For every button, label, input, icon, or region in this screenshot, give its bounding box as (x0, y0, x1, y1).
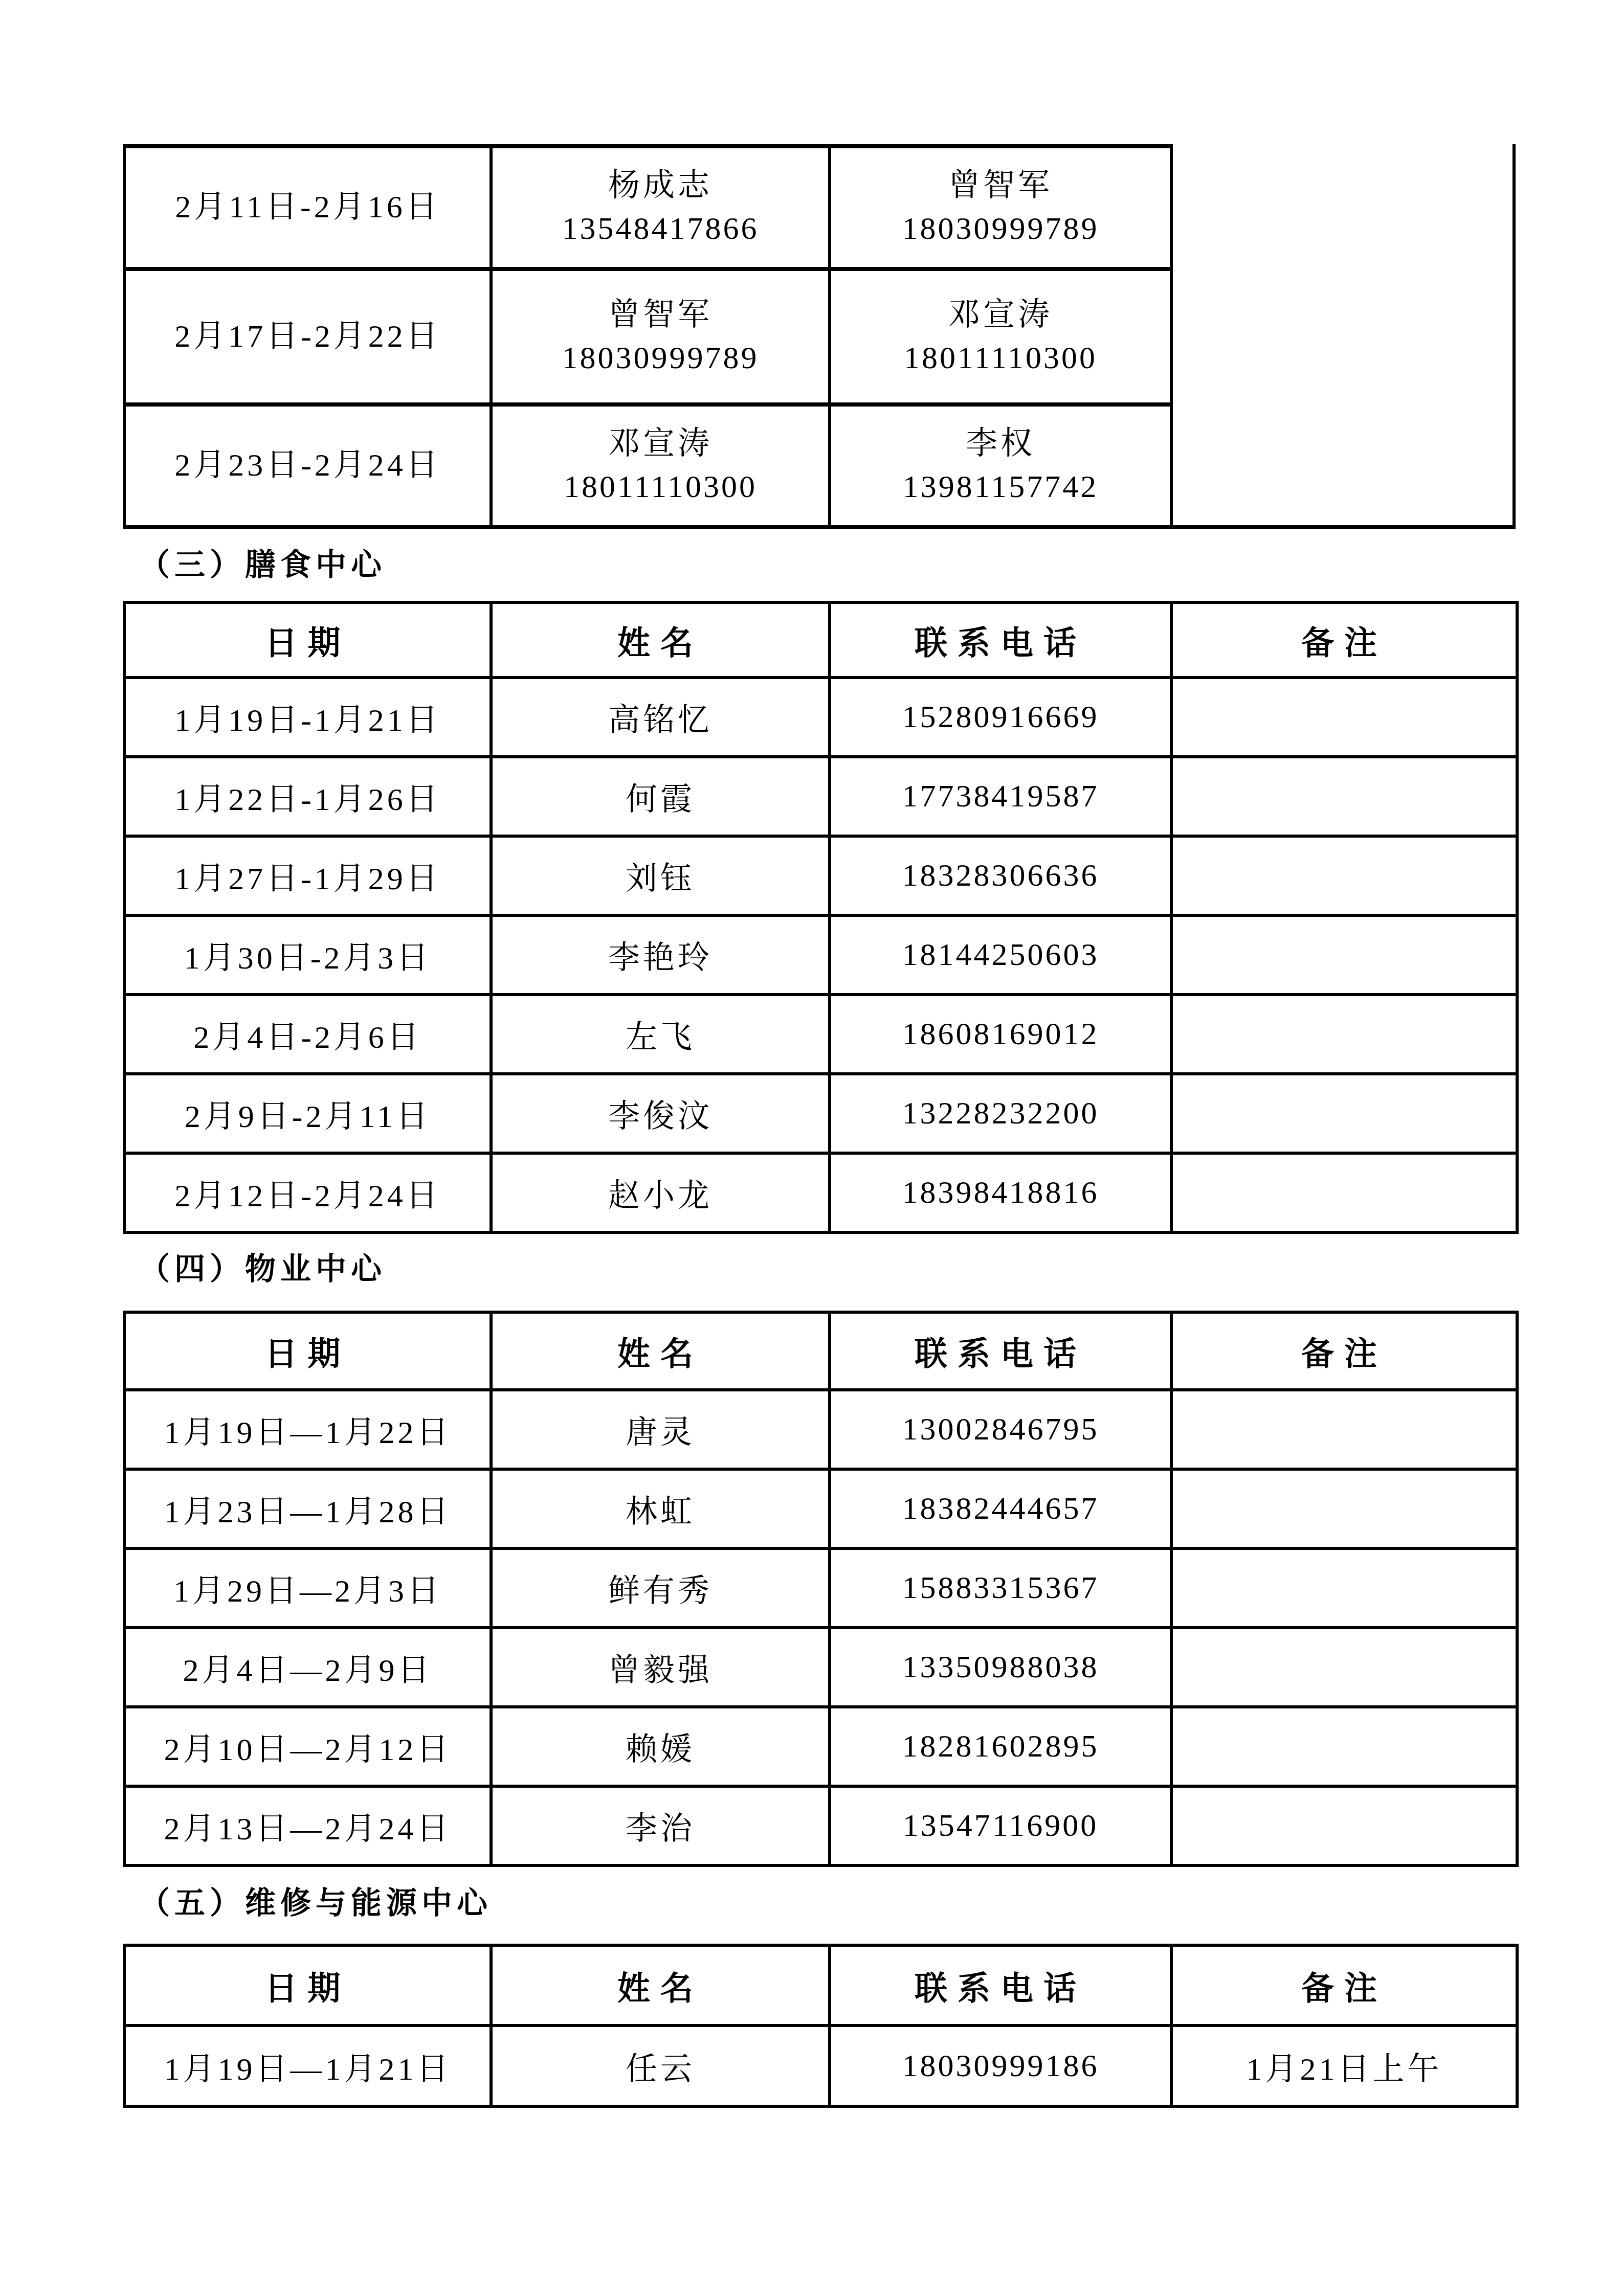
table-row: 2月9日-2月11日 李俊汶 13228232200 (124, 1074, 1517, 1153)
remark-cell (1171, 1786, 1517, 1865)
date-cell: 1月30日-2月3日 (124, 915, 491, 995)
header-row: 日期 姓名 联系电话 备注 (124, 1312, 1517, 1390)
date-cell: 2月10日—2月12日 (124, 1707, 491, 1786)
date-range: 2月23日-2月24日 (174, 444, 441, 487)
remark-cell (1171, 1469, 1517, 1548)
person-phone: 13981157742 (903, 466, 1099, 509)
person-name: 邓宣涛 (608, 423, 713, 466)
date-cell: 2月4日—2月9日 (124, 1628, 491, 1707)
person-cell: 曾智军 18030999789 (828, 144, 1170, 271)
person-name: 曾智军 (608, 294, 713, 337)
header-remark: 备注 (1171, 602, 1517, 678)
phone-cell: 17738419587 (830, 757, 1171, 836)
person-phone: 18030999789 (562, 337, 759, 380)
header-name: 姓名 (491, 602, 830, 678)
header-name: 姓名 (491, 1945, 830, 2025)
person-name: 李权 (966, 423, 1035, 466)
header-date: 日期 (124, 602, 491, 678)
remark-cell (1171, 1628, 1517, 1707)
name-cell: 曾毅强 (491, 1628, 830, 1707)
date-cell: 2月11日-2月16日 (123, 144, 490, 271)
table-row: 2月10日—2月12日 赖媛 18281602895 (124, 1707, 1517, 1786)
person-cell: 曾智军 18030999789 (490, 271, 828, 407)
name-cell: 高铭忆 (491, 678, 830, 757)
remark-cell (1171, 836, 1517, 915)
date-cell: 2月12日-2月24日 (124, 1153, 491, 1232)
table-row: 1月19日—1月22日 唐灵 13002846795 (124, 1390, 1517, 1469)
date-cell: 1月19日—1月22日 (124, 1390, 491, 1469)
phone-cell: 18281602895 (830, 1707, 1171, 1786)
document-page: 2月11日-2月16日 杨成志 13548417866 曾智军 18030999… (0, 0, 1624, 2296)
person-cell: 邓宣涛 18011110300 (490, 407, 828, 525)
person-phone: 18011110300 (564, 466, 757, 509)
person-name: 曾智军 (948, 165, 1053, 208)
table-row: 1月29日—2月3日 鲜有秀 15883315367 (124, 1548, 1517, 1628)
name-cell: 李俊汶 (491, 1074, 830, 1153)
date-cell: 1月23日—1月28日 (124, 1469, 491, 1548)
date-range: 2月17日-2月22日 (174, 316, 441, 358)
name-cell: 何霞 (491, 757, 830, 836)
remark-cell (1171, 757, 1517, 836)
table-row: 1月19日—1月21日 任云 18030999186 1月21日上午 (124, 2025, 1517, 2106)
remark-cell (1171, 1548, 1517, 1628)
date-cell: 2月4日-2月6日 (124, 995, 491, 1074)
date-range: 2月11日-2月16日 (175, 186, 440, 229)
header-phone: 联系电话 (830, 602, 1171, 678)
table-row: 1月30日-2月3日 李艳玲 18144250603 (124, 915, 1517, 995)
name-cell: 林虹 (491, 1469, 830, 1548)
phone-cell: 15883315367 (830, 1548, 1171, 1628)
phone-cell: 18382444657 (830, 1469, 1171, 1548)
section-title-property-center: （四）物业中心 (139, 1245, 386, 1294)
name-cell: 李艳玲 (491, 915, 830, 995)
remark-cell (1171, 915, 1517, 995)
table-row: 1月27日-1月29日 刘钰 18328306636 (124, 836, 1517, 915)
person-cell: 杨成志 13548417866 (490, 144, 828, 271)
header-row: 日期 姓名 联系电话 备注 (124, 1945, 1517, 2025)
phone-cell: 13547116900 (830, 1786, 1171, 1865)
section-table-property-center: 日期 姓名 联系电话 备注 1月19日—1月22日 唐灵 13002846795… (123, 1311, 1519, 1867)
header-phone: 联系电话 (830, 1312, 1171, 1390)
remark-cell (1171, 1074, 1517, 1153)
phone-cell: 18144250603 (830, 915, 1171, 995)
name-cell: 刘钰 (491, 836, 830, 915)
header-date: 日期 (124, 1945, 491, 2025)
phone-cell: 13228232200 (830, 1074, 1171, 1153)
name-cell: 唐灵 (491, 1390, 830, 1469)
date-cell: 1月22日-1月26日 (124, 757, 491, 836)
date-cell: 1月19日—1月21日 (124, 2025, 491, 2106)
phone-cell: 18608169012 (830, 995, 1171, 1074)
name-cell: 左飞 (491, 995, 830, 1074)
remark-cell (1171, 1153, 1517, 1232)
section-title-canteen-center: （三）膳食中心 (139, 541, 386, 590)
remark-cell (1170, 271, 1516, 407)
remark-cell (1171, 678, 1517, 757)
phone-cell: 13002846795 (830, 1390, 1171, 1469)
remark-cell (1171, 1707, 1517, 1786)
phone-cell: 18030999186 (830, 2025, 1171, 2106)
person-cell: 李权 13981157742 (828, 407, 1170, 525)
table-row: 2月13日—2月24日 李治 13547116900 (124, 1786, 1517, 1865)
header-remark: 备注 (1171, 1312, 1517, 1390)
name-cell: 鲜有秀 (491, 1548, 830, 1628)
remark-cell (1170, 407, 1516, 525)
person-phone: 18030999789 (902, 208, 1099, 251)
date-cell: 1月29日—2月3日 (124, 1548, 491, 1628)
phone-cell: 18328306636 (830, 836, 1171, 915)
date-cell: 2月9日-2月11日 (124, 1074, 491, 1153)
remark-cell (1171, 1390, 1517, 1469)
section-title-maintenance-energy-center: （五）维修与能源中心 (139, 1879, 492, 1928)
person-name: 邓宣涛 (948, 294, 1053, 337)
table-row: 1月23日—1月28日 林虹 18382444657 (124, 1469, 1517, 1548)
person-phone: 18011110300 (904, 337, 1097, 380)
phone-cell: 18398418816 (830, 1153, 1171, 1232)
name-cell: 赵小龙 (491, 1153, 830, 1232)
table-row: 1月22日-1月26日 何霞 17738419587 (124, 757, 1517, 836)
date-cell: 2月23日-2月24日 (123, 407, 490, 525)
header-row: 日期 姓名 联系电话 备注 (124, 602, 1517, 678)
person-phone: 13548417866 (562, 208, 759, 251)
phone-cell: 13350988038 (830, 1628, 1171, 1707)
header-date: 日期 (124, 1312, 491, 1390)
header-name: 姓名 (491, 1312, 830, 1390)
date-cell: 2月13日—2月24日 (124, 1786, 491, 1865)
remark-cell (1171, 995, 1517, 1074)
person-name: 杨成志 (608, 165, 713, 208)
table-row: 2月12日-2月24日 赵小龙 18398418816 (124, 1153, 1517, 1232)
section-table-canteen-center: 日期 姓名 联系电话 备注 1月19日-1月21日 高铭忆 1528091666… (123, 601, 1519, 1234)
table-row: 2月4日-2月6日 左飞 18608169012 (124, 995, 1517, 1074)
person-cell: 邓宣涛 18011110300 (828, 271, 1170, 407)
remark-cell (1170, 144, 1516, 271)
date-cell: 1月19日-1月21日 (124, 678, 491, 757)
remark-cell: 1月21日上午 (1171, 2025, 1517, 2106)
section-table-maintenance-energy-center: 日期 姓名 联系电话 备注 1月19日—1月21日 任云 18030999186… (123, 1944, 1519, 2108)
name-cell: 任云 (491, 2025, 830, 2106)
header-phone: 联系电话 (830, 1945, 1171, 2025)
date-cell: 2月17日-2月22日 (123, 271, 490, 407)
name-cell: 赖媛 (491, 1707, 830, 1786)
table-row: 1月19日-1月21日 高铭忆 15280916669 (124, 678, 1517, 757)
header-remark: 备注 (1171, 1945, 1517, 2025)
date-cell: 1月27日-1月29日 (124, 836, 491, 915)
table-row: 2月4日—2月9日 曾毅强 13350988038 (124, 1628, 1517, 1707)
duty-roster-continuation-table: 2月11日-2月16日 杨成志 13548417866 曾智军 18030999… (123, 144, 1516, 529)
name-cell: 李治 (491, 1786, 830, 1865)
phone-cell: 15280916669 (830, 678, 1171, 757)
